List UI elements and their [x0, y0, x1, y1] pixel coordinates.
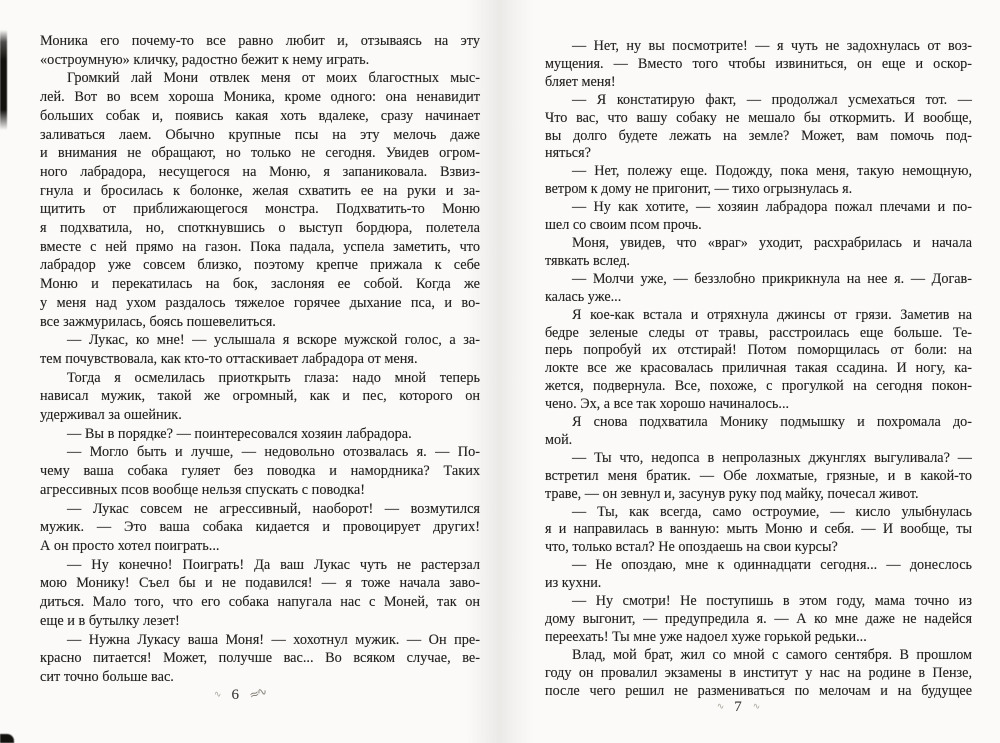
paragraph: Я кое-как встала и отряхнула джинсы от г…	[545, 307, 972, 414]
text-line: ветром к дому не пригонит, — тихо огрызн…	[545, 181, 972, 199]
paragraph: — Ну смотри! Не поступишь в этом году, м…	[545, 593, 972, 647]
paragraph: Я снова подхватила Монику подмышку и пох…	[545, 414, 972, 450]
page-right: — Нет, ну вы посмотрите! — я чуть не зад…	[545, 38, 972, 701]
text-line: удерживал за ошейник.	[40, 406, 480, 425]
scan-corner-artifact	[0, 734, 14, 743]
page-number-left: 6	[231, 687, 240, 704]
text-line: няться?	[545, 145, 972, 163]
text-line: Тогда я осмелилась приоткрыть глаза: над…	[40, 369, 480, 388]
paragraph: — Могло быть и лучше, — недовольно отозв…	[40, 443, 480, 499]
text-line: что, только встал? Не опоздаешь на свои …	[545, 539, 972, 557]
pen-scribble-mark: ≈∿	[248, 684, 267, 700]
paragraph: Тогда я осмелилась приоткрыть глаза: над…	[40, 369, 480, 425]
paragraph: — Ну как хотите, — хозяин лабрадора пожа…	[545, 199, 972, 235]
text-line: — Могло быть и лучше, — недовольно отозв…	[40, 443, 480, 462]
text-line: и внимания не обращают, но только не сег…	[40, 144, 480, 163]
page-right-text: — Нет, ну вы посмотрите! — я чуть не зад…	[545, 38, 972, 701]
text-line: дому выгонит, — предупредила я. — А ко м…	[545, 611, 972, 629]
text-line: — Вы в порядке? — поинтересовался хозяин…	[40, 425, 480, 444]
book-spread: Моника его почему-то все равно любит и, …	[0, 0, 1000, 743]
text-line: — Ты что, недопса в непролазных джунглях…	[545, 450, 972, 468]
text-line: шел со своим псом прочь.	[545, 217, 972, 235]
text-line: после чего решил не размениваться по мел…	[545, 683, 972, 701]
text-line: — Лукас, ко мне! — услышала я вскоре муж…	[40, 331, 480, 350]
text-line: я подхватила, но, споткнувшись о выступ …	[40, 219, 480, 238]
text-line: — Нет, полежу еще. Подожду, пока меня, т…	[545, 163, 972, 181]
text-line: заливаться лаем. Обычно крупные псы на э…	[40, 126, 480, 145]
text-line: — Не опоздаю, мне к одиннадцати сегодня.…	[545, 557, 972, 575]
text-line: лабрадор уже совсем близко, поэтому креп…	[40, 256, 480, 275]
page-left: Моника его почему-то все равно любит и, …	[40, 32, 480, 687]
flourish-icon: ∿	[753, 703, 761, 712]
text-line: году он провалил экзамены в институт у н…	[545, 665, 972, 683]
text-line: — Молчи уже, — беззлобно прикрикнула на …	[545, 271, 972, 289]
text-line: еще и в бутылку лезет!	[40, 612, 480, 631]
page-number-row-right: ∿ 7 ∿	[525, 699, 952, 716]
paragraph: — Ты что, недопса в непролазных джунглях…	[545, 450, 972, 504]
paragraph: — Вы в порядке? — поинтересовался хозяин…	[40, 425, 480, 444]
flourish-icon: ∿	[214, 691, 222, 700]
text-line: Моника его почему-то все равно любит и, …	[40, 32, 480, 51]
text-line: лей. Вот во всем хороша Моника, кроме од…	[40, 88, 480, 107]
text-line: — Лукас совсем не агрессивный, наоборот!…	[40, 500, 480, 519]
paragraph: Моня, увидев, что «враг» уходит, расхраб…	[545, 235, 972, 271]
text-line: чему ваша собака гуляет без поводка и на…	[40, 462, 480, 481]
paragraph: — Ты, как всегда, само остроумие, — кисл…	[545, 504, 972, 558]
paragraph: — Нет, ну вы посмотрите! — я чуть не зад…	[545, 38, 972, 92]
text-line: — Нужна Лукасу ваша Моня! — хохотнул муж…	[40, 631, 480, 650]
paragraph: — Нужна Лукасу ваша Моня! — хохотнул муж…	[40, 631, 480, 687]
text-line: — Нет, ну вы посмотрите! — я чуть не зад…	[545, 38, 972, 56]
text-line: из кухни.	[545, 575, 972, 593]
text-line: — Ну как хотите, — хозяин лабрадора пожа…	[545, 199, 972, 217]
text-line: вместе с ней прямо на газон. Пока падала…	[40, 238, 480, 257]
text-line: щитить от приближающегося монстра. Подхв…	[40, 200, 480, 219]
paragraph: — Лукас совсем не агрессивный, наоборот!…	[40, 500, 480, 556]
page-number-row-left: ∿ 6 ≈∿	[20, 687, 460, 704]
text-line: Я снова подхватила Монику подмышку и пох…	[545, 414, 972, 432]
text-line: жется, подвернула. Все, похоже, с прогул…	[545, 378, 972, 396]
text-line: Я кое-как встала и отряхнула джинсы от г…	[545, 307, 972, 325]
paragraph: Громкий лай Мони отвлек меня от моих бла…	[40, 69, 480, 331]
text-line: локте все же красовалась приличная такая…	[545, 360, 972, 378]
paragraph: — Лукас, ко мне! — услышала я вскоре муж…	[40, 331, 480, 368]
text-line: вы долго будете лежать на земле? Может, …	[545, 128, 972, 146]
paragraph: — Не опоздаю, мне к одиннадцати сегодня.…	[545, 557, 972, 593]
text-line: Влад, мой брат, жил со мной с самого сен…	[545, 647, 972, 665]
paragraph: Моника его почему-то все равно любит и, …	[40, 32, 480, 69]
text-line: мужик. — Это ваша собака кидается и пров…	[40, 518, 480, 537]
paragraph: — Нет, полежу еще. Подожду, пока меня, т…	[545, 163, 972, 199]
paragraph: — Ну конечно! Поиграть! Да ваш Лукас чут…	[40, 556, 480, 631]
flourish-icon: ∿	[717, 703, 725, 712]
page-left-text: Моника его почему-то все равно любит и, …	[40, 32, 480, 687]
text-line: диться. Мало того, что его собака напуга…	[40, 593, 480, 612]
text-line: калась уже...	[545, 289, 972, 307]
text-line: все зажмурилась, боясь пошевелиться.	[40, 313, 480, 332]
text-line: гнула и бросилась к болонке, желая схват…	[40, 182, 480, 201]
text-line: встретил меня братик. — Обе лохматые, гр…	[545, 468, 972, 486]
text-line: агрессивных псов вообще нельзя спускать …	[40, 481, 480, 500]
text-line: мой.	[545, 432, 972, 450]
text-line: тем почувствовала, как кто-то оттаскивае…	[40, 350, 480, 369]
text-line: переехать! Ты мне уже надоел хуже горько…	[545, 629, 972, 647]
paragraph: — Молчи уже, — беззлобно прикрикнула на …	[545, 271, 972, 307]
text-line: Что вас, что вашу собаку не мешало бы от…	[545, 110, 972, 128]
text-line: — Я констатирую факт, — продолжал усмеха…	[545, 92, 972, 110]
text-line: Моню и перекатилась на бок, заслоняя ее …	[40, 275, 480, 294]
text-line: мою Монику! Съел бы и не подавился! — я …	[40, 574, 480, 593]
text-line: бедре зеленые следы от травы, расстроила…	[545, 325, 972, 343]
text-line: Громкий лай Мони отвлек меня от моих бла…	[40, 69, 480, 88]
text-line: траве, — он зевнул и, засунув руку под м…	[545, 486, 972, 504]
text-line: нависал мужик, такой же огромный, как и …	[40, 387, 480, 406]
text-line: ного лабрадора, несущегося на Моню, я за…	[40, 163, 480, 182]
text-line: я и направилась в ванную: мыть Моню и се…	[545, 521, 972, 539]
text-line: перь попробуй их отстирай! Потом поморщи…	[545, 342, 972, 360]
text-line: красно питается! Может, получше вас... В…	[40, 649, 480, 668]
text-line: чено. Эх, а все так хорошо начиналось...	[545, 396, 972, 414]
text-line: у меня над ухом раздалось тяжелое горяче…	[40, 294, 480, 313]
text-line: — Ты, как всегда, само остроумие, — кисл…	[545, 504, 972, 522]
text-line: А он просто хотел поиграть...	[40, 537, 480, 556]
page-number-right: 7	[734, 699, 743, 716]
text-line: тявкать вслед.	[545, 253, 972, 271]
text-line: «остроумную» кличку, радостно бежит к не…	[40, 51, 480, 70]
text-line: бляет меня!	[545, 74, 972, 92]
paragraph: — Я констатирую факт, — продолжал усмеха…	[545, 92, 972, 164]
paragraph: Влад, мой брат, жил со мной с самого сен…	[545, 647, 972, 701]
text-line: — Ну конечно! Поиграть! Да ваш Лукас чут…	[40, 556, 480, 575]
text-line: — Ну смотри! Не поступишь в этом году, м…	[545, 593, 972, 611]
text-line: больших собак и, появись какая хоть вдал…	[40, 107, 480, 126]
text-line: Моня, увидев, что «враг» уходит, расхраб…	[545, 235, 972, 253]
scan-edge-artifact	[0, 30, 7, 130]
text-line: мущения. — Вместо того чтобы извиниться,…	[545, 56, 972, 74]
